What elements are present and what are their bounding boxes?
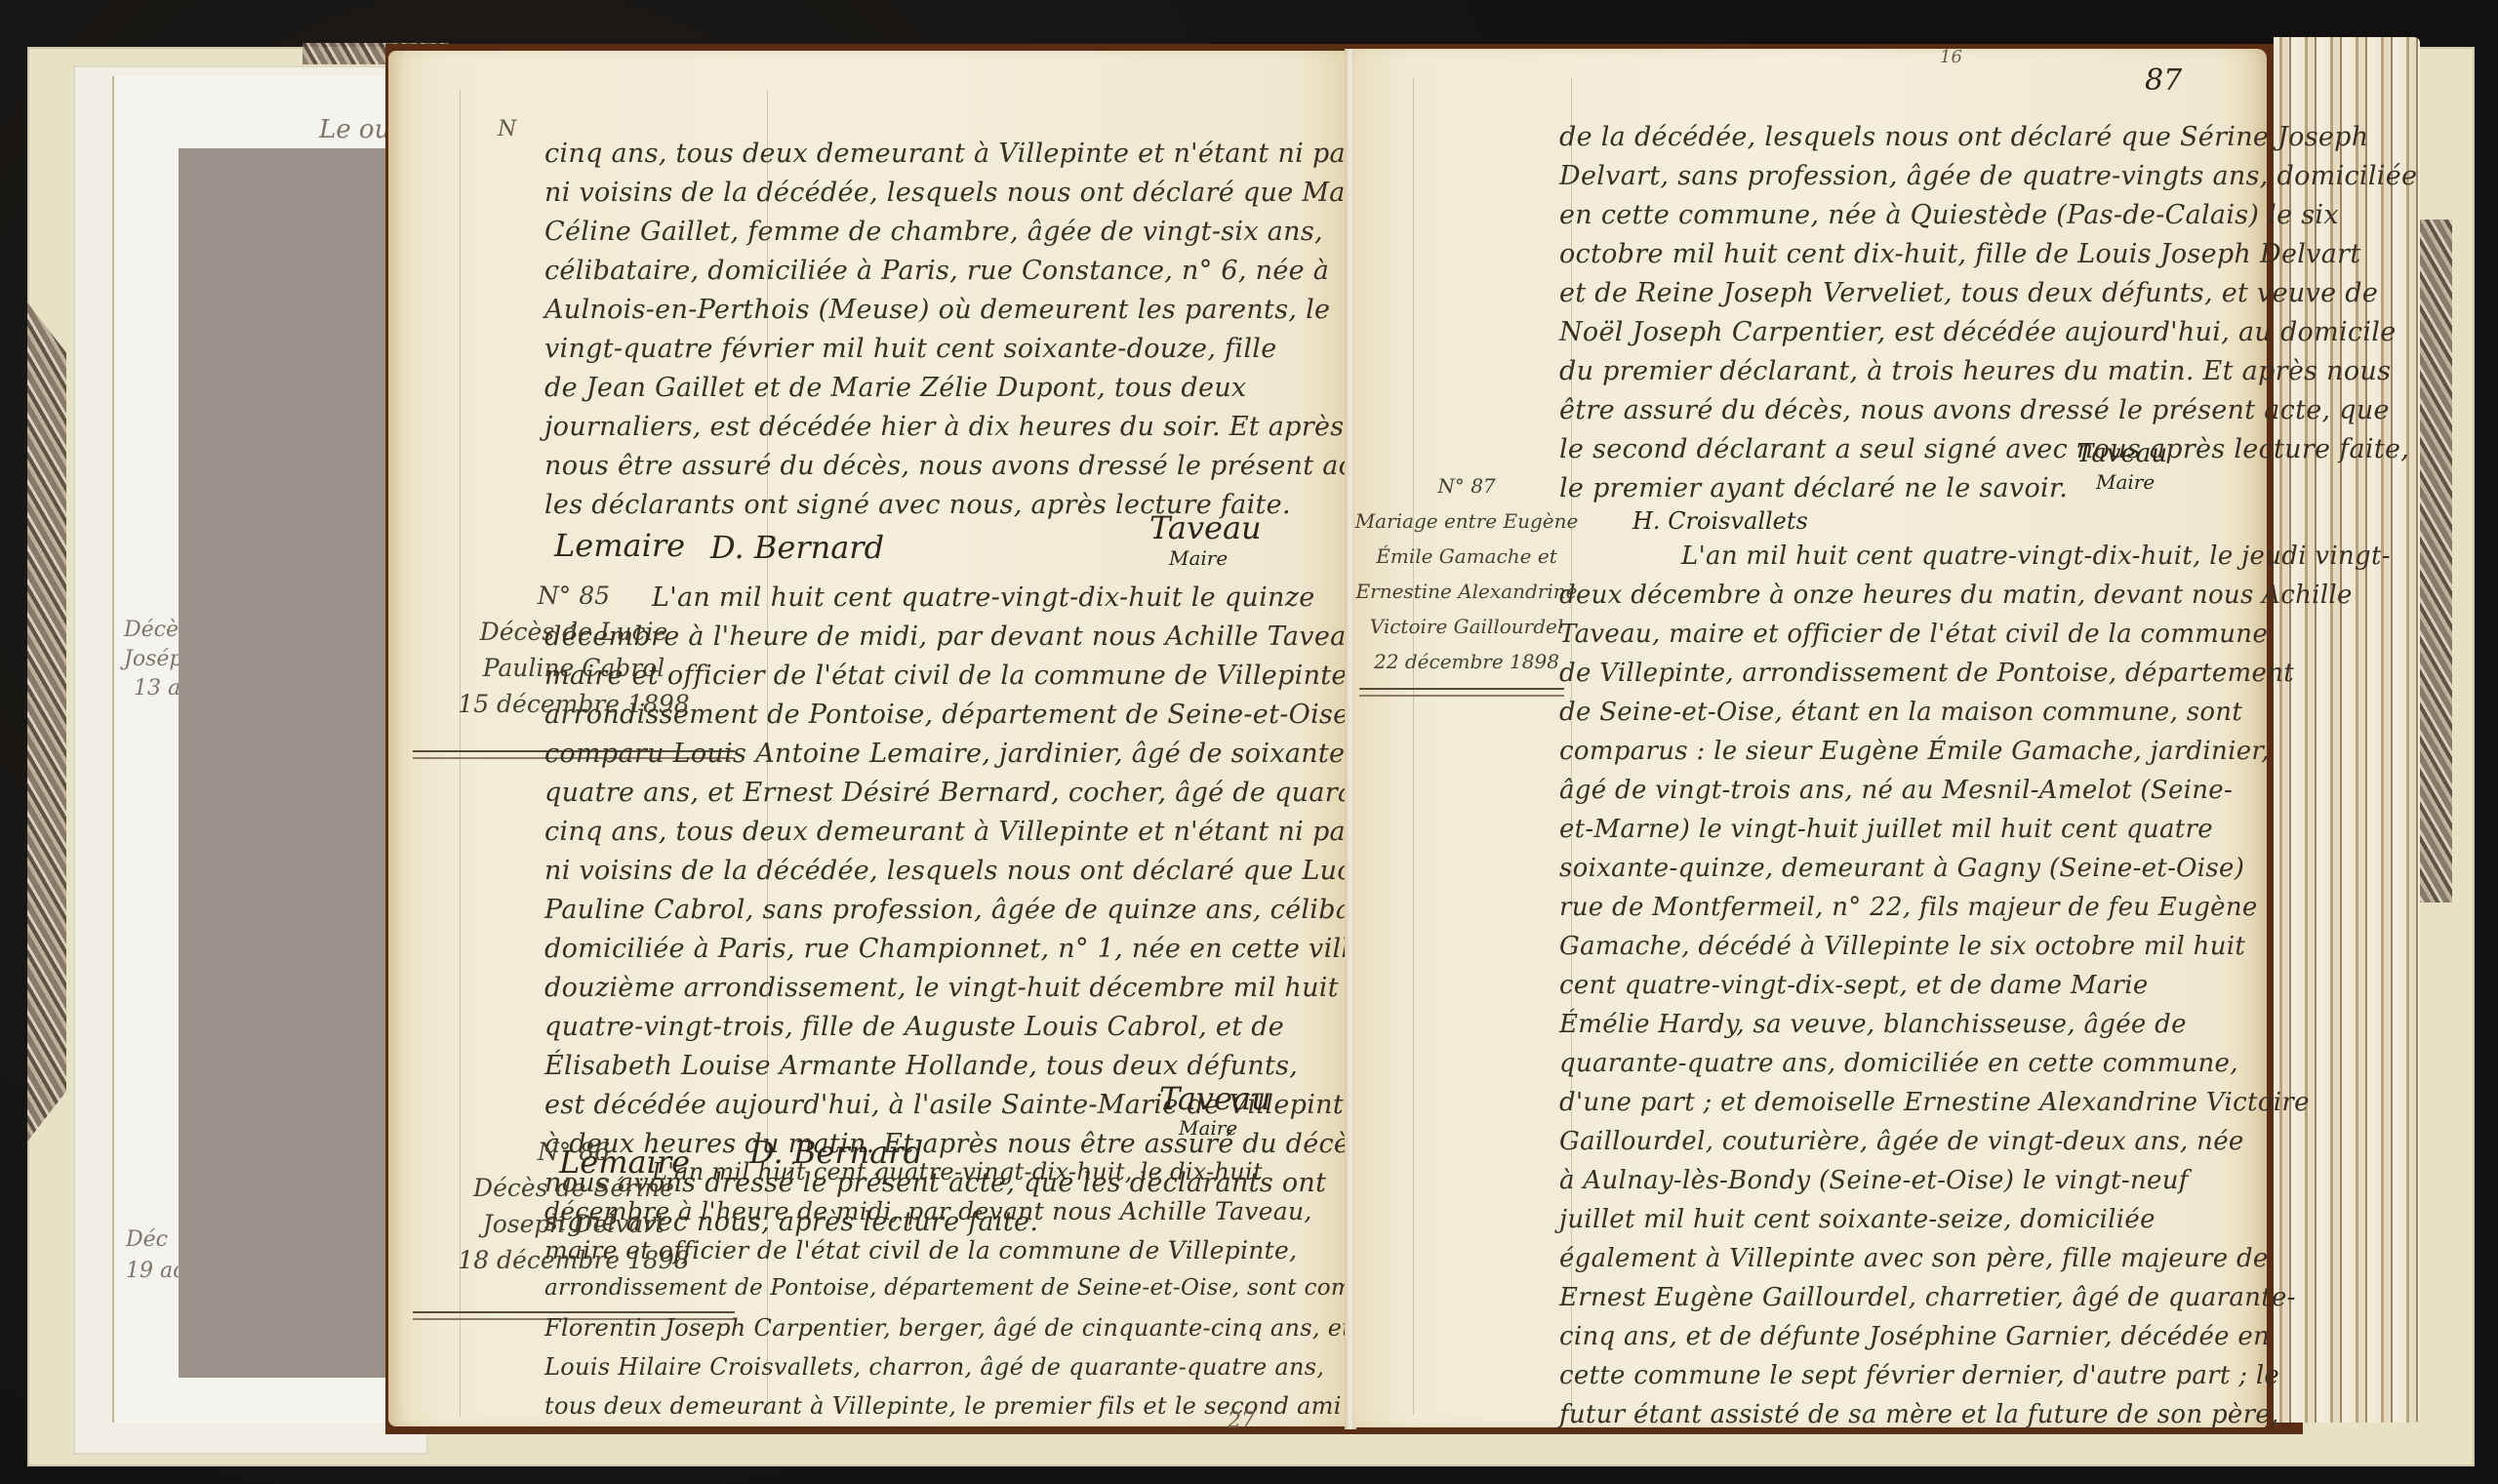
text-line: de la décédée, lesquels nous ont déclaré… [1559, 122, 2368, 152]
text-line: quatre ans, et Ernest Désiré Bernard, co… [544, 778, 1407, 808]
text-line: Gamache, décédé à Villepinte le six octo… [1559, 932, 2245, 961]
text-line: Émélie Hardy, sa veuve, blanchisseuse, â… [1559, 1010, 2187, 1039]
text-line: également à Villepinte avec son père, fi… [1559, 1244, 2269, 1273]
text-line: comparus : le sieur Eugène Émile Gamache… [1559, 737, 2270, 766]
text-line: vingt-quatre février mil huit cent soixa… [544, 334, 1276, 364]
text-line: du premier déclarant, à trois heures du … [1559, 356, 2391, 386]
text-line: Delvart, sans profession, âgée de quatre… [1559, 161, 2417, 191]
text-line: ni voisins de la décédée, lesquels nous … [544, 856, 1377, 886]
signature-bernard: D. Bernard [710, 529, 884, 566]
text-line: et-Marne) le vingt-huit juillet mil huit… [1559, 815, 2213, 844]
text-line: le premier ayant déclaré ne le savoir. [1559, 473, 2068, 503]
text-line: journaliers, est décédée hier à dix heur… [544, 412, 1344, 442]
text-line: nous être assuré du décès, nous avons dr… [544, 451, 1448, 481]
text-line: Noël Joseph Carpentier, est décédée aujo… [1559, 317, 2397, 347]
folio-top: 16 [1940, 47, 1962, 67]
signature-taveau: Taveau [1149, 509, 1262, 546]
text-line: cinq ans, et de défunte Joséphine Garnie… [1559, 1322, 2270, 1351]
signature-lemaire: Lemaire [554, 527, 685, 564]
text-line: de Villepinte, arrondissement de Pontois… [1559, 659, 2294, 688]
signature-croisvallets: H. Croisvallets [1632, 507, 1808, 535]
text-line: à Aulnay-lès-Bondy (Seine-et-Oise) le vi… [1559, 1166, 2189, 1195]
corner-mark: N [498, 117, 516, 141]
entry-87-title-line: Mariage entre Eugène [1350, 503, 1584, 539]
text-line: maire et officier de l'état civil de la … [544, 661, 1356, 691]
text-line: Louis Hilaire Croisvallets, charron, âgé… [544, 1353, 1324, 1381]
gray-separator-card [179, 148, 403, 1378]
text-line: arrondissement de Pontoise, département … [544, 700, 1407, 730]
signature-title-maire: Maire [2096, 470, 2155, 494]
text-line: cette commune le sept février dernier, d… [1559, 1361, 2279, 1390]
text-line: de Seine-et-Oise, étant en la maison com… [1559, 698, 2242, 727]
text-line: douzième arrondissement, le vingt-huit d… [544, 973, 1406, 1003]
text-line: âgé de vingt-trois ans, né au Mesnil-Ame… [1559, 776, 2233, 805]
text-line: arrondissement de Pontoise, département … [544, 1275, 1419, 1301]
marbled-cover-edge-left [27, 302, 66, 1142]
entry-separator [1359, 688, 1564, 697]
text-line: célibataire, domiciliée à Paris, rue Con… [544, 256, 1329, 286]
text-line: quarante-quatre ans, domiciliée en cette… [1559, 1049, 2238, 1078]
entry-87-title-line: Victoire Gaillourdel [1350, 609, 1584, 644]
text-line: être assuré du décès, nous avons dressé … [1559, 395, 2390, 425]
text-line: tous deux demeurant à Villepinte, le pre… [544, 1392, 1342, 1420]
text-line: cent quatre-vingt-dix-sept, et de dame M… [1559, 971, 2149, 1000]
under-margin-line-2: Josép [124, 647, 182, 671]
entry-87-title-line: Émile Gamache et [1350, 539, 1584, 574]
text-line: décembre à l'heure de midi, par devant n… [544, 622, 1372, 652]
left-page: N cinq ans, tous deux demeurant à Villep… [388, 51, 1350, 1426]
text-line: le second déclarant a seul signé avec no… [1559, 434, 2409, 464]
text-line: cinq ans, tous deux demeurant à Villepin… [544, 817, 1416, 847]
text-line: décembre à l'heure de midi, par devant n… [544, 1197, 1312, 1225]
text-line: futur étant assisté de sa mère et la fut… [1559, 1400, 2279, 1429]
signature-taveau: Taveau [1159, 1080, 1271, 1117]
text-line: Pauline Cabrol, sans profession, âgée de… [544, 895, 1416, 925]
text-line: comparu Louis Antoine Lemaire, jardinier… [544, 739, 1354, 769]
entry-87-date: 22 décembre 1898 [1350, 644, 1584, 679]
under-page-top-fragment: Le ou [319, 115, 390, 144]
under-bottom-line-1: Déc [126, 1227, 168, 1252]
text-line: juillet mil huit cent soixante-seize, do… [1559, 1205, 2156, 1234]
under-margin-line-3: 13 a [134, 676, 181, 701]
text-line: Taveau, maire et officier de l'état civi… [1559, 620, 2268, 649]
signature-title-maire: Maire [1169, 546, 1228, 570]
text-line: octobre mil huit cent dix-huit, fille de… [1559, 239, 2360, 269]
text-line: domiciliée à Paris, rue Championnet, n° … [544, 934, 1366, 964]
text-line: rue de Montfermeil, n° 22, fils majeur d… [1559, 893, 2258, 922]
text-line: L'an mil huit cent quatre-vingt-dix-huit… [652, 1158, 1263, 1185]
text-line: soixante-quinze, demeurant à Gagny (Sein… [1559, 854, 2244, 883]
text-line: L'an mil huit cent quatre-vingt-dix-huit… [1681, 541, 2391, 571]
text-line: et de Reine Joseph Verveliet, tous deux … [1559, 278, 2378, 308]
page-number: 27 [1228, 1409, 1255, 1433]
entry-87-margin: N° 87 Mariage entre Eugène Émile Gamache… [1350, 468, 1584, 679]
text-line: Élisabeth Louise Armante Hollande, tous … [544, 1051, 1298, 1081]
signature-taveau: Taveau [2076, 439, 2167, 468]
text-line: cinq ans, tous deux demeurant à Villepin… [544, 139, 1416, 169]
margin-rule-outer [1413, 78, 1414, 1415]
signature-title-maire: Maire [1179, 1116, 1237, 1140]
text-line: Aulnois-en-Perthois (Meuse) où demeurent… [544, 295, 1330, 325]
text-line: en cette commune, née à Quiestède (Pas-d… [1559, 200, 2339, 230]
text-line: quatre-vingt-trois, fille de Auguste Lou… [544, 1012, 1284, 1042]
entry-87-title-line: Ernestine Alexandrine [1350, 574, 1584, 609]
text-line: Gaillourdel, couturière, âgée de vingt-d… [1559, 1127, 2244, 1156]
text-line: maire et officier de l'état civil de la … [544, 1236, 1297, 1264]
text-line: de Jean Gaillet et de Marie Zélie Dupont… [544, 373, 1246, 403]
text-line: L'an mil huit cent quatre-vingt-dix-huit… [652, 582, 1315, 613]
text-line: d'une part ; et demoiselle Ernestine Ale… [1559, 1088, 2310, 1117]
text-line: deux décembre à onze heures du matin, de… [1559, 581, 2353, 610]
text-line: ni voisins de la décédée, lesquels nous … [544, 178, 1383, 208]
text-line: Ernest Eugène Gaillourdel, charretier, â… [1559, 1283, 2296, 1312]
entry-87-number: N° 87 [1350, 468, 1584, 503]
text-line: Céline Gaillet, femme de chambre, âgée d… [544, 217, 1323, 247]
folio-number-mark: 87 [2145, 63, 2182, 98]
text-line: Florentin Joseph Carpentier, berger, âgé… [544, 1314, 1351, 1342]
right-page: 16 87 de la décédée, lesquels nous ont d… [1354, 49, 2267, 1427]
